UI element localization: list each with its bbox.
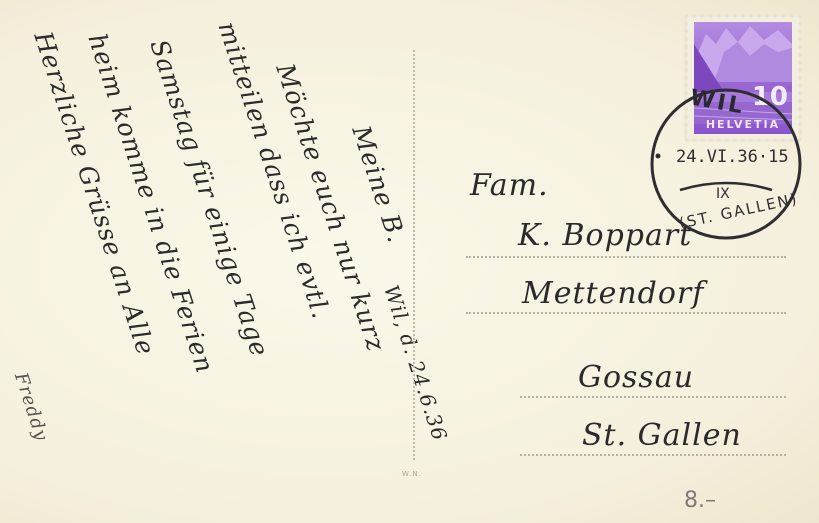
pencil-price-note: 8.– [684,488,716,513]
address-line-2: K. Boppart [518,218,692,253]
address-line-4: Gossau [578,360,694,395]
address-line-5: St. Gallen [582,418,742,453]
message-greeting: Meine B. [346,122,411,247]
postmark-roman-numeral: IX [716,186,730,202]
stamp-country: HELVETIA [694,118,792,131]
printer-mark: W.N. [402,470,422,478]
postmark-region: (ST. GALLEN) [677,190,800,233]
stamp-value: 10 [752,82,788,112]
postcard-back: Meine B. Wil, d. 24.6.36 Möchte euch nur… [0,0,819,523]
address-rule-3 [520,396,786,398]
message-place-date: Wil, d. 24.6.36 [379,282,452,444]
address-rule-2 [466,312,786,314]
address-rule-4 [520,454,786,456]
postmark-date: 24.VI.36·15 [676,147,789,167]
address-line-1: Fam. [470,168,549,203]
address-line-3: Mettendorf [522,276,704,311]
address-rule-1 [466,256,786,258]
postage-stamp: 10 HELVETIA [684,14,802,142]
message-signature: Freddy [10,370,52,444]
center-divider [413,50,415,460]
